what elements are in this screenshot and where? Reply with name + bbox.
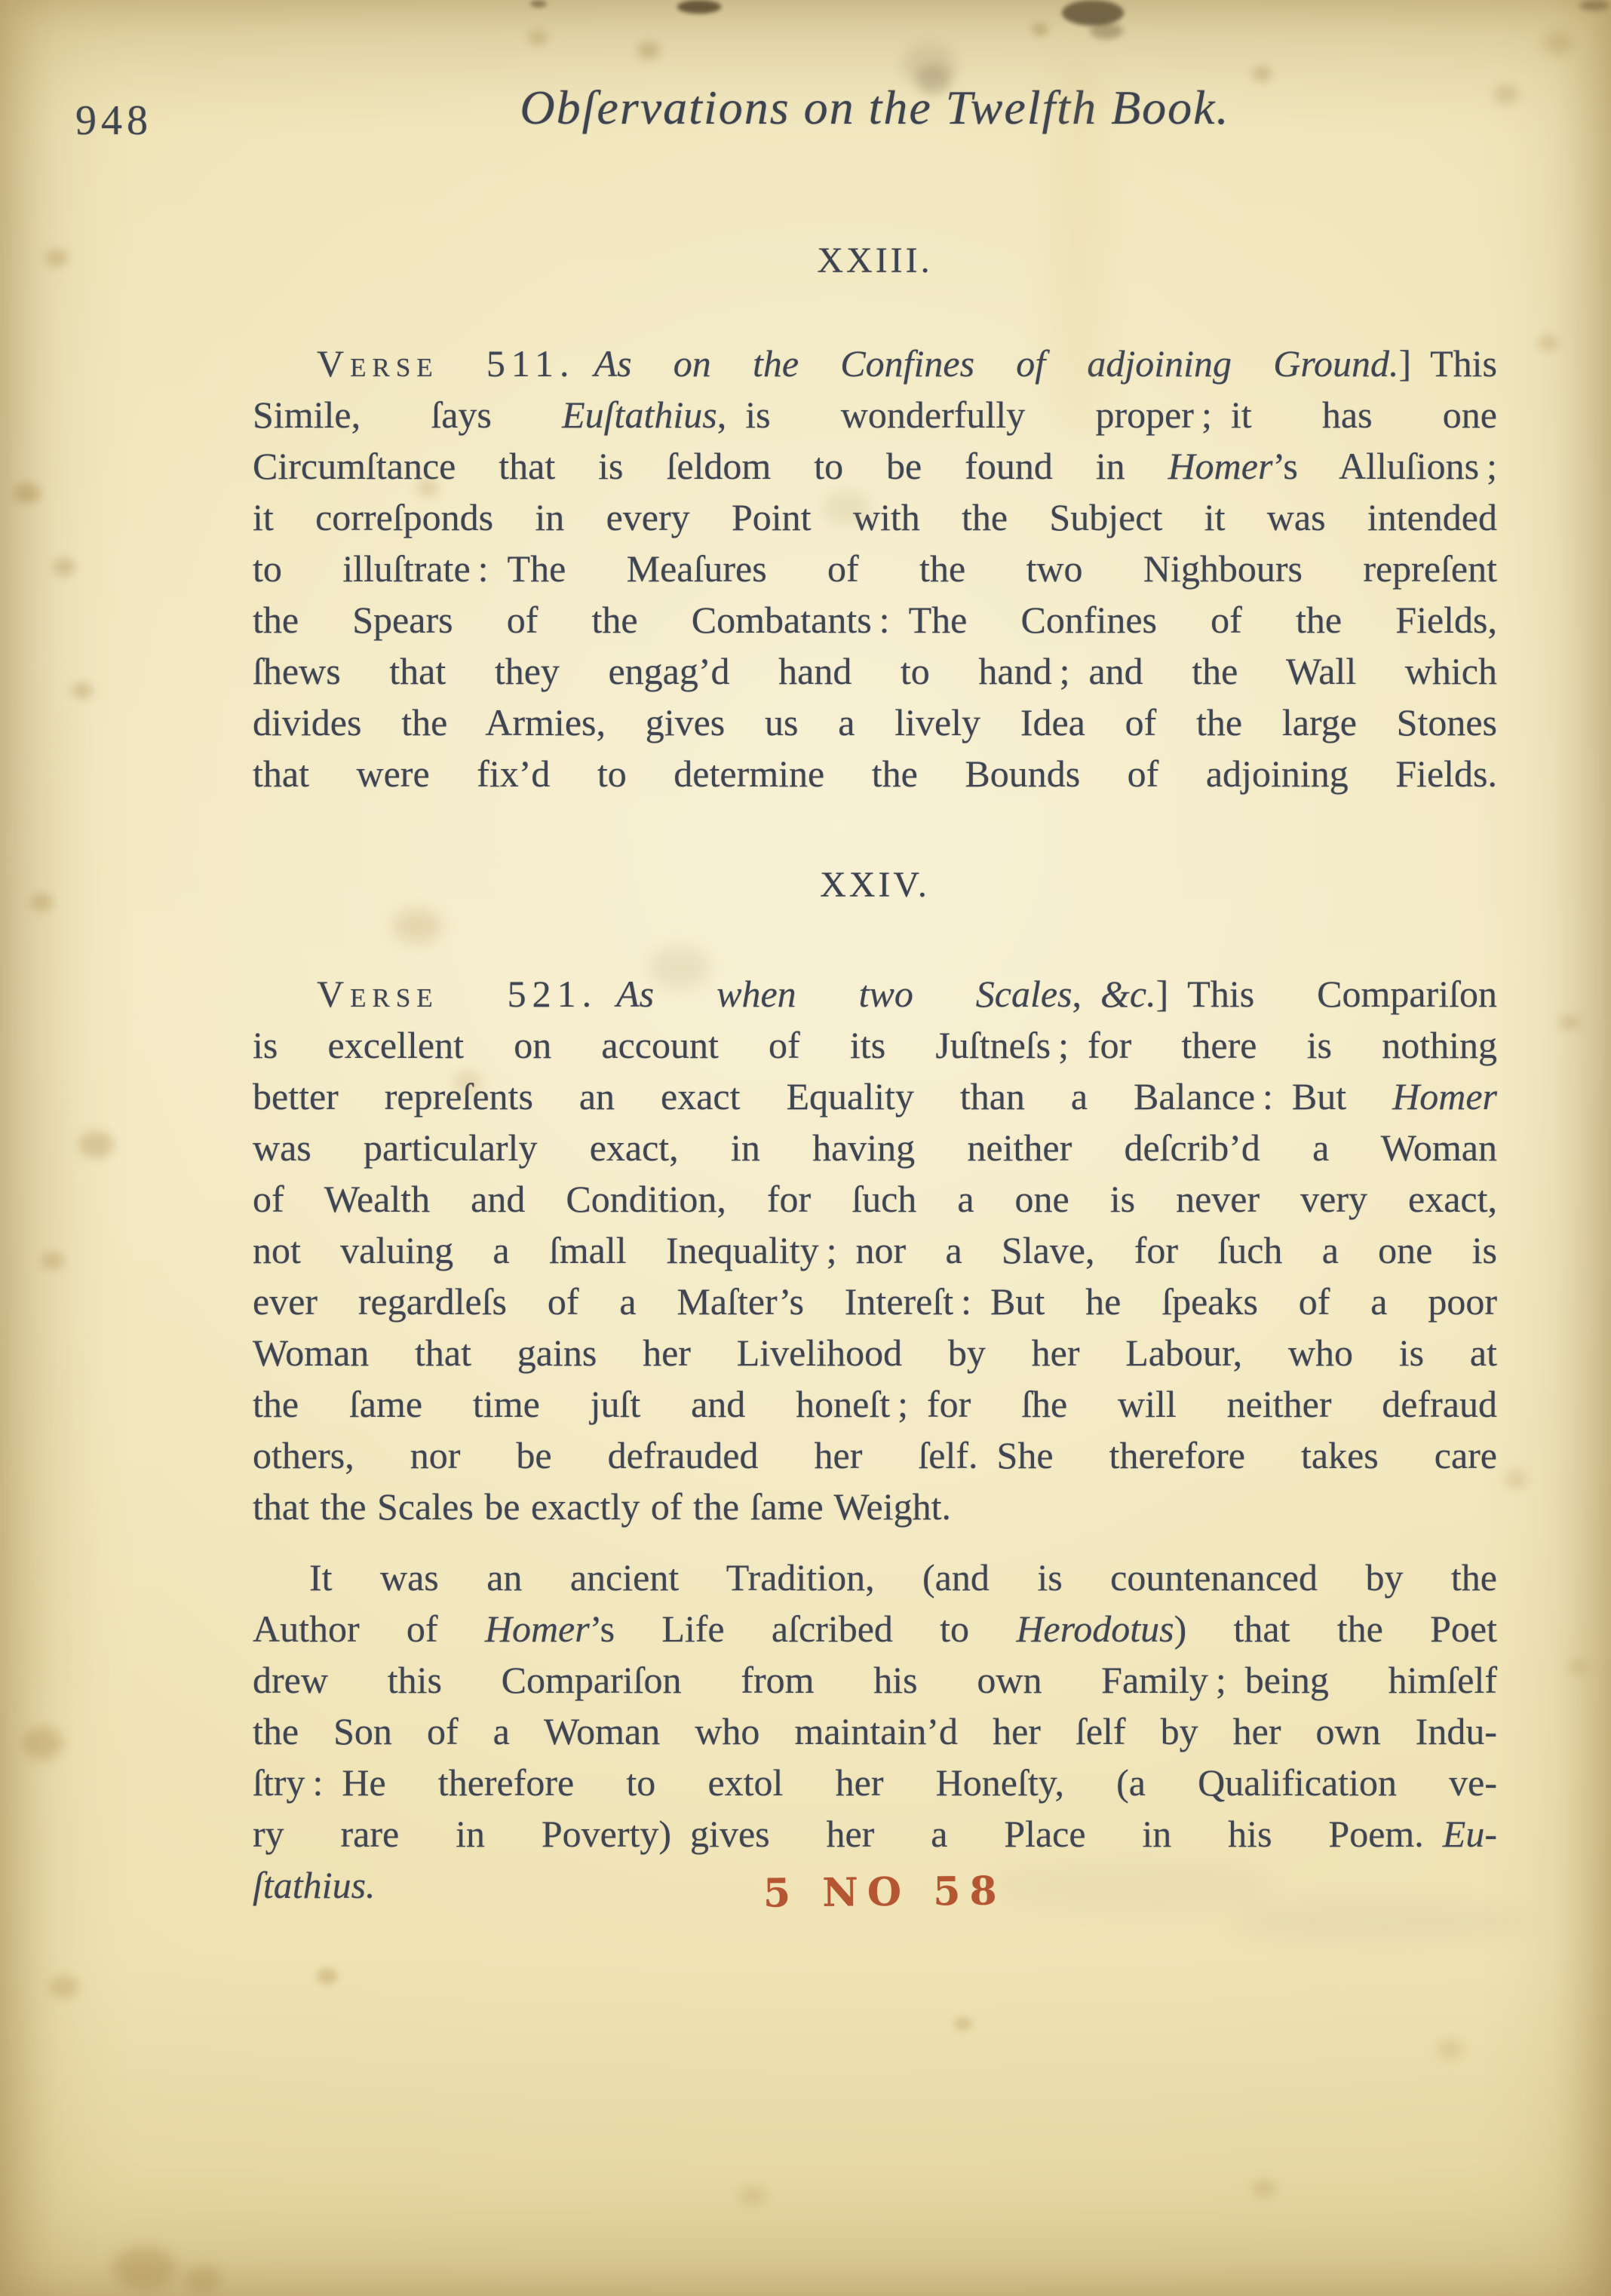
text-line: that the Scales be exactly of the ſame W… — [253, 1481, 1497, 1532]
text-line: others, nor be defrauded her ſelf. She t… — [253, 1430, 1497, 1481]
text-segment: is excellent on account of its Juſtneſs … — [253, 1024, 1497, 1066]
text-segment: ’s Life aſcribed to — [590, 1608, 1017, 1650]
paper-stain — [954, 2017, 972, 2031]
paper-stain — [1558, 1014, 1581, 1031]
text-line: ry rare in Poverty) gives her a Place in… — [253, 1808, 1497, 1859]
text-segment: Euſtathius — [562, 394, 717, 436]
text-segment: As on the Confines of adjoining Ground. — [594, 342, 1399, 385]
paper-stain — [49, 1976, 79, 1998]
text-line: divides the Armies, gives us a lively Id… — [253, 697, 1497, 748]
text-segment: of Wealth and Condition, for ſuch a one … — [253, 1178, 1497, 1220]
text-segment: , is wonderfully proper ; it has one — [717, 394, 1497, 436]
text-segment: Simile, ſays — [253, 394, 562, 436]
text-segment: Homer — [485, 1608, 590, 1650]
text-segment: Verse 511. — [317, 342, 575, 385]
paragraph: Verse 511. As on the Confines of adjoini… — [253, 338, 1497, 799]
book-page: 948 Obſervations on the Twelfth Book. XX… — [0, 0, 1611, 2296]
text-segment: &c. — [1100, 973, 1156, 1015]
text-segment: Author of — [253, 1608, 485, 1650]
text-segment: ] This Compariſon — [1156, 973, 1497, 1015]
text-line: ſtry : He therefore to extol her Honeſty… — [253, 1757, 1497, 1808]
paper-stain — [113, 2247, 176, 2289]
text-segment: not valuing a ſmall Inequality ; nor a S… — [253, 1229, 1497, 1271]
paper-stain — [317, 1968, 338, 1985]
text-line: was particularly exact, in having neithe… — [253, 1122, 1497, 1173]
text-segment: ) that the Poet — [1174, 1608, 1497, 1650]
text-line: the Spears of the Combatants : The Confi… — [253, 594, 1497, 645]
text-segment: Woman that gains her Livelihood by her L… — [253, 1332, 1497, 1374]
paragraph: It was an ancient Tradition, (and is cou… — [253, 1552, 1497, 1911]
text-segment: ſtathius. — [253, 1864, 376, 1906]
text-segment: that were fix’d to determine the Bounds … — [253, 753, 1497, 795]
text-segment: It was an ancient Tradition, (and is cou… — [309, 1556, 1497, 1599]
text-segment: the ſame time juſt and honeſt ; for ſhe … — [253, 1383, 1497, 1425]
paper-stain — [184, 2265, 222, 2292]
paper-stain — [41, 1252, 64, 1270]
text-segment: ſhews that they engag’d hand to hand ; a… — [253, 650, 1497, 692]
text-line: Simile, ſays Euſtathius, is wonderfully … — [253, 389, 1497, 440]
paper-stain — [1539, 336, 1558, 351]
text-line: of Wealth and Condition, for ſuch a one … — [253, 1173, 1497, 1225]
text-segment: ry rare in Poverty) gives her a Place in… — [253, 1813, 1443, 1855]
section-heading: XXIV. — [253, 864, 1497, 906]
text-segment: it correſponds in every Point with the S… — [253, 496, 1497, 538]
paper-stain — [1493, 84, 1519, 104]
text-segment: the Spears of the Combatants : The Confi… — [253, 599, 1497, 641]
text-line: the ſame time juſt and honeſt ; for ſhe … — [253, 1378, 1497, 1430]
text-segment: ] This — [1398, 342, 1497, 385]
text-segment: divides the Armies, gives us a lively Id… — [253, 701, 1497, 743]
text-segment: Verse 521. — [317, 973, 597, 1015]
text-segment: the Son of a Woman who maintain’d her ſe… — [253, 1710, 1497, 1752]
text-line: that were fix’d to determine the Bounds … — [253, 748, 1497, 799]
text-line: Woman that gains her Livelihood by her L… — [253, 1327, 1497, 1378]
paper-stain — [1579, 0, 1609, 11]
paper-stain — [53, 558, 75, 576]
paper-stain — [79, 1131, 114, 1158]
text-segment: drew this Compariſon from his own Family… — [253, 1659, 1497, 1701]
library-date-stamp: 5 NO 58 — [763, 1871, 1006, 1913]
text-segment: Homer — [1168, 445, 1273, 487]
paper-stain — [30, 679, 71, 1734]
text-segment: ſtry : He therefore to extol her Honeſty… — [253, 1761, 1497, 1804]
text-segment: was particularly exact, in having neithe… — [253, 1127, 1497, 1169]
paper-stain — [1437, 2040, 1464, 2059]
paper-stain — [14, 483, 41, 504]
text-segment: to illuſtrate : The Meaſures of the two … — [253, 547, 1497, 590]
text-line: Verse 521. As when two Scales, &c.] This… — [253, 968, 1497, 1019]
paragraph: Verse 521. As when two Scales, &c.] This… — [253, 968, 1497, 1532]
text-segment: As when two Scales — [616, 973, 1072, 1015]
text-segment: Eu- — [1443, 1813, 1497, 1855]
text-segment: , — [1072, 973, 1101, 1015]
text-segment: ever regardleſs of a Maſter’s Intereſt :… — [253, 1280, 1497, 1323]
paper-stain — [45, 249, 68, 267]
paper-stain — [1252, 2179, 1276, 2197]
paper-stain — [1569, 1659, 1588, 1674]
text-segment — [575, 342, 594, 385]
text-segment: that the Scales be exactly of the ſame W… — [253, 1485, 951, 1528]
text-line: ever regardleſs of a Maſter’s Intereſt :… — [253, 1276, 1497, 1327]
text-line: to illuſtrate : The Meaſures of the two … — [253, 543, 1497, 594]
section-heading: XXIII. — [253, 240, 1497, 282]
text-line: It was an ancient Tradition, (and is cou… — [253, 1552, 1497, 1603]
page-number: 948 — [75, 100, 152, 142]
text-line: it correſponds in every Point with the S… — [253, 492, 1497, 543]
text-segment: Circumſtance that is ſeldom to be found … — [253, 445, 1168, 487]
text-line: the Son of a Woman who maintain’d her ſe… — [253, 1706, 1497, 1757]
paper-stain — [739, 2187, 766, 2206]
text-line: better repreſents an exact Equality than… — [253, 1071, 1497, 1122]
text-segment: others, nor be defrauded her ſelf. She t… — [253, 1434, 1497, 1476]
paper-stain — [72, 682, 93, 699]
text-segment: better repreſents an exact Equality than… — [253, 1075, 1392, 1117]
text-line: not valuing a ſmall Inequality ; nor a S… — [253, 1225, 1497, 1276]
text-line: Verse 511. As on the Confines of adjoini… — [253, 338, 1497, 389]
text-segment — [597, 973, 616, 1015]
text-segment: Homer — [1392, 1075, 1497, 1117]
text-line: is excellent on account of its Juſtneſs … — [253, 1019, 1497, 1071]
paper-stain — [23, 1727, 63, 1760]
text-line: Circumſtance that is ſeldom to be found … — [253, 440, 1497, 492]
text-segment: ’s Alluſions ; — [1272, 445, 1497, 487]
page-content: XXIII.Verse 511. As on the Confines of a… — [253, 0, 1497, 1911]
paper-stain — [1543, 32, 1573, 54]
text-line: ſhews that they engag’d hand to hand ; a… — [253, 645, 1497, 697]
text-line: Author of Homer’s Life aſcribed to Herod… — [253, 1603, 1497, 1654]
text-line: drew this Compariſon from his own Family… — [253, 1654, 1497, 1706]
paper-stain — [30, 894, 53, 912]
text-segment: Herodotus — [1016, 1608, 1174, 1650]
paper-stain — [1505, 1470, 1527, 1488]
